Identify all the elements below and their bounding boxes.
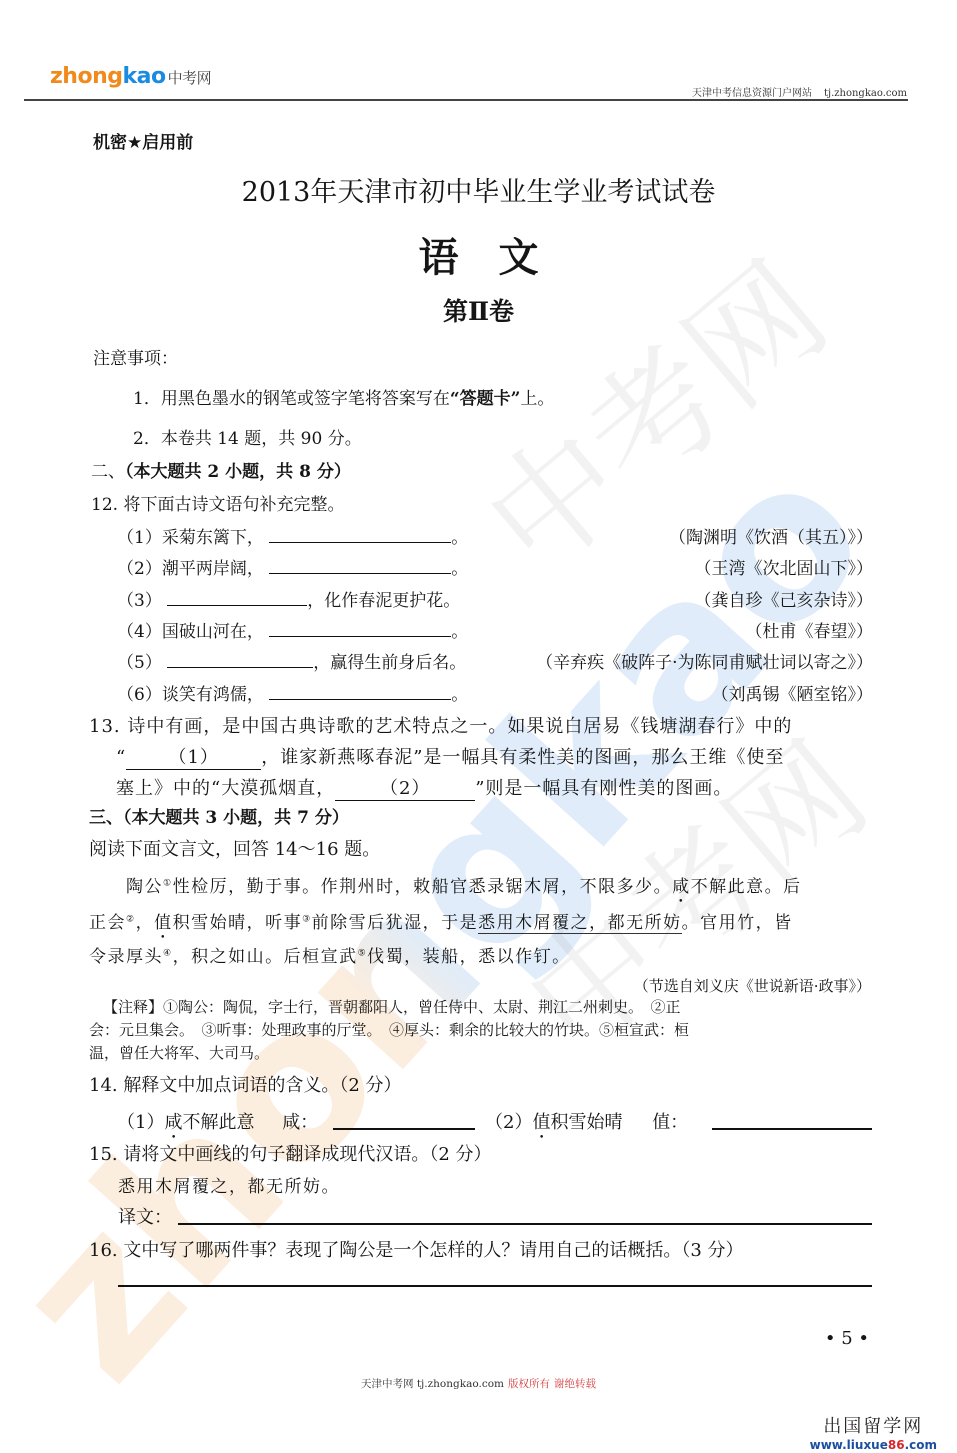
header-divider [24, 99, 908, 101]
q15-answer-line[interactable] [178, 1223, 872, 1225]
q12-item-6: （6）谈笑有鸿儒， 。 [117, 680, 468, 705]
q12-item-5: （5） ，赢得生前身后名。 [117, 648, 466, 673]
q12-4-source: （杜甫《春望》） [746, 617, 874, 642]
q15-sentence: 悉用木屑覆之，都无所妨。 [118, 1172, 340, 1197]
site-name: 天津中考信息资源门户网站 [692, 88, 812, 99]
section3-heading: 三、（本大题共 3 小题，共 7 分） [89, 803, 349, 828]
subject-title: 语文 [0, 226, 957, 283]
q12-3-source: （龚自珍《己亥杂诗》） [695, 586, 874, 611]
footer-copyright: 天津中考网 tj.zhongkao.com版权所有谢绝转载 [0, 1376, 957, 1391]
q12-4-answer-blank[interactable] [269, 635, 451, 637]
classification-label: 机密★启用前 [93, 128, 193, 153]
annotation-line-3: 温，曾任大将军、大司马。 [89, 1042, 269, 1063]
q12-2-source: （王湾《次北固山下》） [695, 554, 874, 579]
exam-title: 2013年天津市初中毕业生学业考试试卷 [0, 170, 957, 209]
q13-line-3: 塞上》中的“大漠孤烟直，（2）”则是一幅具有刚性美的图画。 [116, 774, 732, 801]
q16-answer-line[interactable] [118, 1285, 872, 1287]
q12-item-3: （3） ，化作春泥更护花。 [117, 586, 460, 611]
q14-2-answer-blank[interactable] [712, 1128, 872, 1130]
note-1: 1．用黑色墨水的钢笔或签字笔将答案写在“答题卡”上。 [133, 384, 554, 409]
footer-site[interactable]: 天津中考网 tj.zhongkao.com [361, 1378, 504, 1390]
site-url[interactable]: tj.zhongkao.com [824, 88, 907, 99]
q16-stem: 16. 文中写了哪两件事？表现了陶公是一个怎样的人？请用自己的话概括。（3 分） [89, 1236, 744, 1262]
volume-title: 第Ⅱ卷 [0, 292, 957, 328]
q12-3-answer-blank[interactable] [167, 604, 307, 606]
q14-stem: 14. 解释文中加点词语的含义。（2 分） [89, 1071, 402, 1097]
q12-item-4: （4）国破山河在， 。 [117, 617, 468, 642]
q13-line-2: “（1），谁家新燕啄春泥”是一幅具有柔性美的图画，那么王维《使至 [116, 743, 784, 770]
q12-5-source: （辛弃疾《破阵子·为陈同甫赋壮词以寄之》） [536, 648, 873, 673]
page-number: • 5 • [825, 1328, 869, 1349]
q13-blank-2[interactable]: （2） [335, 774, 475, 801]
q13-blank-1[interactable]: （1） [126, 743, 261, 770]
passage-source: （节选自刘义庆《世说新语·政事》） [634, 975, 871, 996]
q12-1-source: （陶渊明《饮酒（其五）》） [669, 523, 873, 548]
q12-stem: 12. 将下面古诗文语句补充完整。 [91, 490, 344, 515]
footer-rights: 版权所有 [508, 1378, 550, 1390]
q15-answer-label: 译文： [118, 1203, 172, 1229]
q14-item-2: （2）值积雪始晴 值： [485, 1108, 688, 1143]
annotation-line-1: 【注释】①陶公：陶侃，字士行，晋朝鄱阳人，曾任侍中、太尉、荆江二州刺史。 ②正 [103, 996, 681, 1017]
q12-6-answer-blank[interactable] [269, 698, 451, 700]
q12-2-answer-blank[interactable] [269, 572, 451, 574]
zhongkao-logo[interactable]: zhongkao中考网 [50, 64, 211, 89]
q14-1-answer-blank[interactable] [333, 1128, 475, 1130]
passage-line-1: 陶公①性检厉，勤于事。作荆州时，敕船官悉录锯木屑，不限多少。咸不解此意。后 [126, 872, 802, 907]
passage-line-2: 正会②，值积雪始晴，听事③前除雪后犹湿，于是悉用木屑覆之，都无所妨。官用竹，皆 [89, 908, 793, 943]
section3-instruction: 阅读下面文言文，回答 14～16 题。 [89, 835, 380, 861]
q12-item-2: （2）潮平两岸阔， 。 [117, 554, 468, 579]
passage-line-3: 令录厚头④，积之如山。后桓宣武⑤伐蜀，装船，悉以作钉。 [89, 942, 571, 967]
q12-item-1: （1）采菊东篱下， 。 [117, 523, 468, 548]
q12-5-answer-blank[interactable] [167, 666, 313, 668]
note-2: 2．本卷共 14 题，共 90 分。 [133, 424, 362, 449]
q12-6-source: （刘禹锡《陋室铭》） [712, 680, 874, 705]
q13-line-1: 13. 诗中有画，是中国古典诗歌的艺术特点之一。如果说白居易《钱塘湖春行》中的 [89, 712, 792, 738]
notes-heading: 注意事项： [93, 344, 178, 369]
liuxue-brand[interactable]: 出国留学网 www.liuxue86.com [810, 1412, 937, 1452]
footer-no-repost: 谢绝转载 [554, 1378, 596, 1390]
underlined-sentence: 悉用木屑覆之，都无所妨 [478, 913, 682, 934]
section2-heading: 二、（本大题共 2 小题，共 8 分） [91, 457, 351, 482]
q12-1-answer-blank[interactable] [269, 541, 451, 543]
annotation-line-2: 会：元旦集会。 ③听事：处理政事的厅堂。 ④厚头：剩余的比较大的竹块。⑤桓宣武：… [89, 1019, 689, 1040]
site-info: 天津中考信息资源门户网站tj.zhongkao.com [692, 84, 907, 99]
q14-item-1: （1）咸不解此意 咸： [117, 1108, 318, 1143]
q15-stem: 15. 请将文中画线的句子翻译成现代汉语。（2 分） [89, 1140, 492, 1166]
